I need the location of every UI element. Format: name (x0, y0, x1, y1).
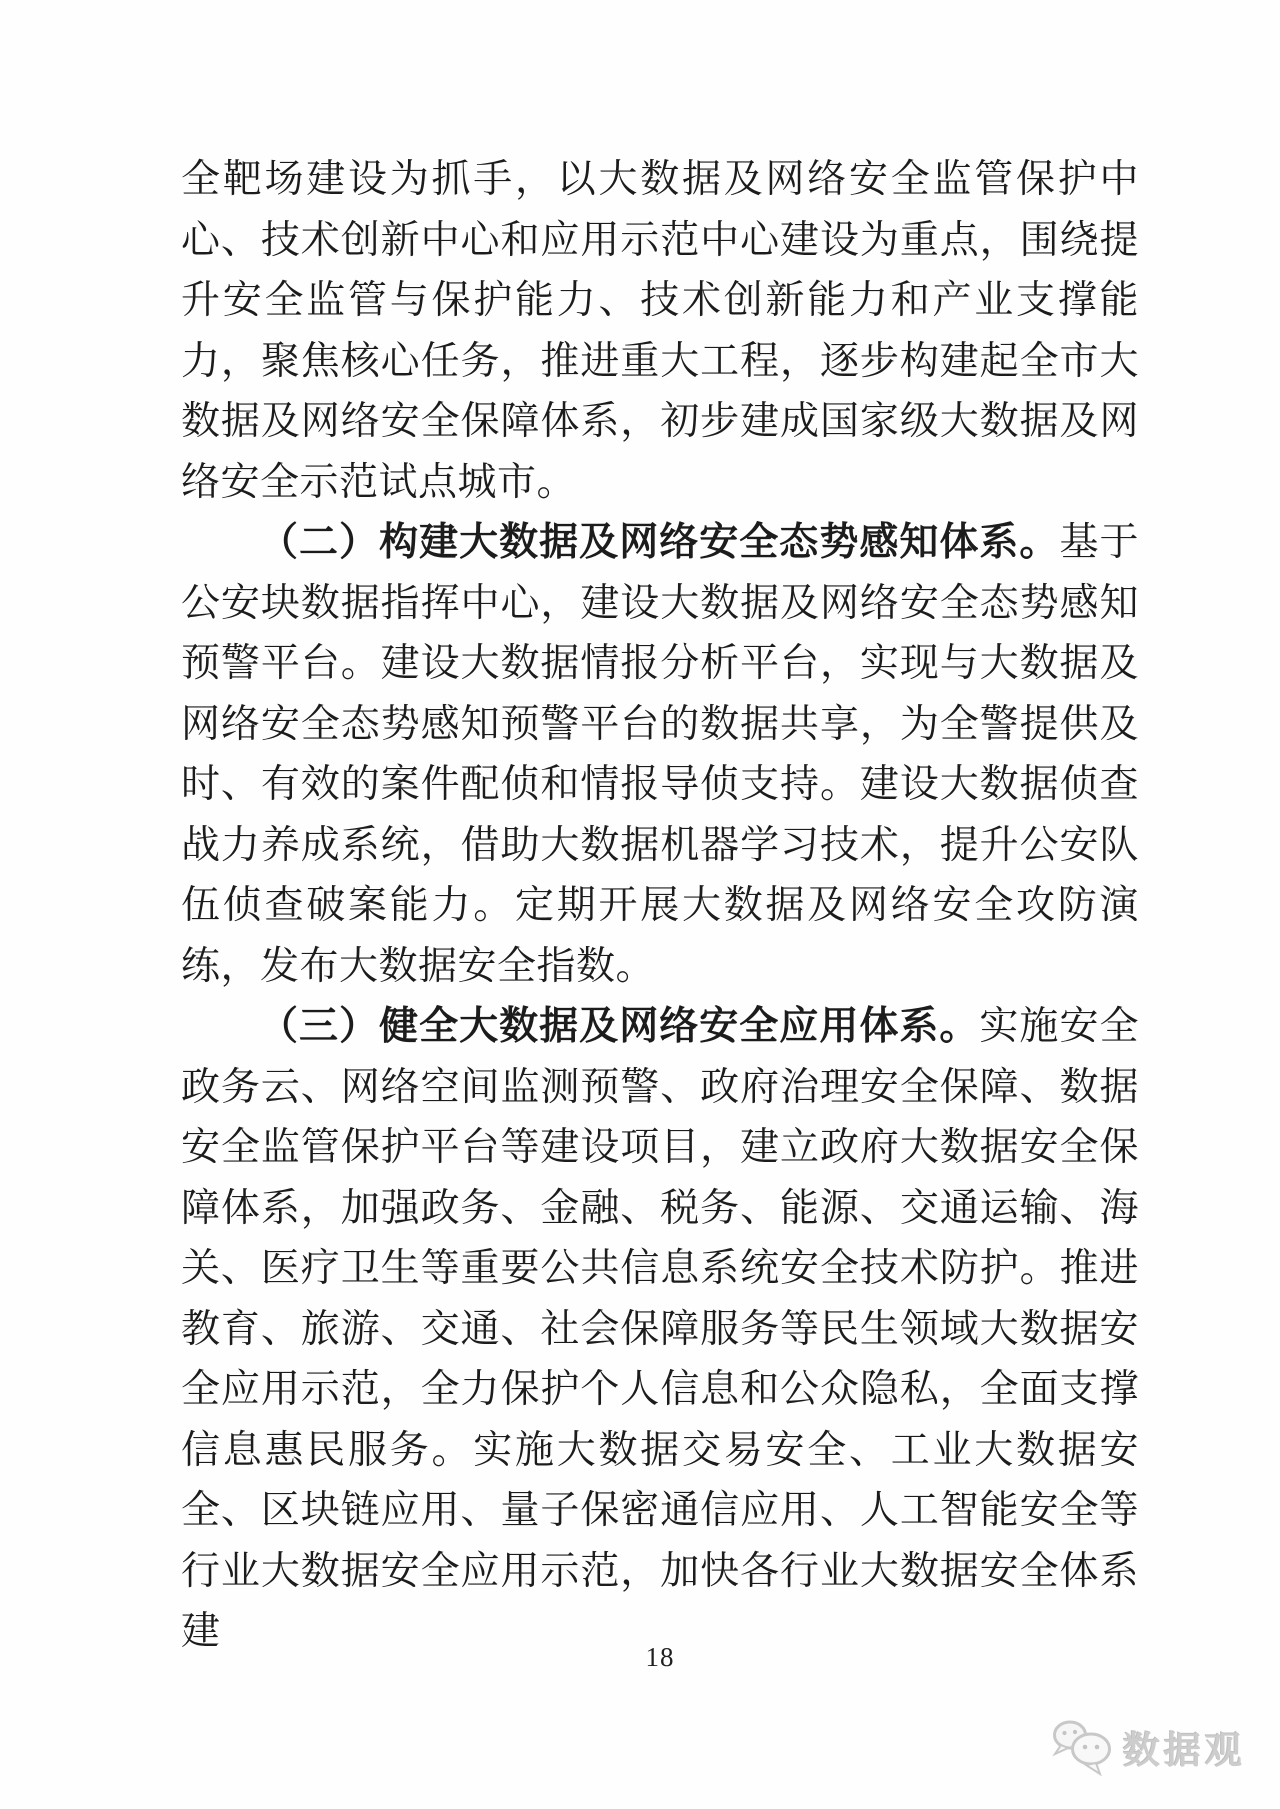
section-heading: （三）健全大数据及网络安全应用体系。 (259, 1005, 979, 1048)
body-text: 实施安全政务云、网络空间监测预警、政府治理安全保障、数据安全监管保护平台等建设项… (181, 1005, 1139, 1653)
wechat-icon (1049, 1718, 1113, 1776)
document-page: 全靶场建设为抓手，以大数据及网络安全监管保护中心、技术创新中心和应用示范中心建设… (0, 0, 1280, 1809)
document-text-block: 全靶场建设为抓手，以大数据及网络安全监管保护中心、技术创新中心和应用示范中心建设… (181, 150, 1139, 1663)
section-heading: （二）构建大数据及网络安全态势感知体系。 (259, 521, 1059, 564)
paragraph: （三）健全大数据及网络安全应用体系。实施安全政务云、网络空间监测预警、政府治理安… (181, 997, 1139, 1663)
watermark: 数据观 (1049, 1718, 1246, 1776)
paragraph: 全靶场建设为抓手，以大数据及网络安全监管保护中心、技术创新中心和应用示范中心建设… (181, 150, 1139, 513)
paragraph: （二）构建大数据及网络安全态势感知体系。基于公安块数据指挥中心，建设大数据及网络… (181, 513, 1139, 997)
watermark-brand-text: 数据观 (1123, 1720, 1246, 1774)
body-text: 全靶场建设为抓手，以大数据及网络安全监管保护中心、技术创新中心和应用示范中心建设… (181, 158, 1139, 504)
body-text: 基于公安块数据指挥中心，建设大数据及网络安全态势感知预警平台。建设大数据情报分析… (181, 521, 1139, 988)
page-number: 18 (181, 1642, 1139, 1673)
